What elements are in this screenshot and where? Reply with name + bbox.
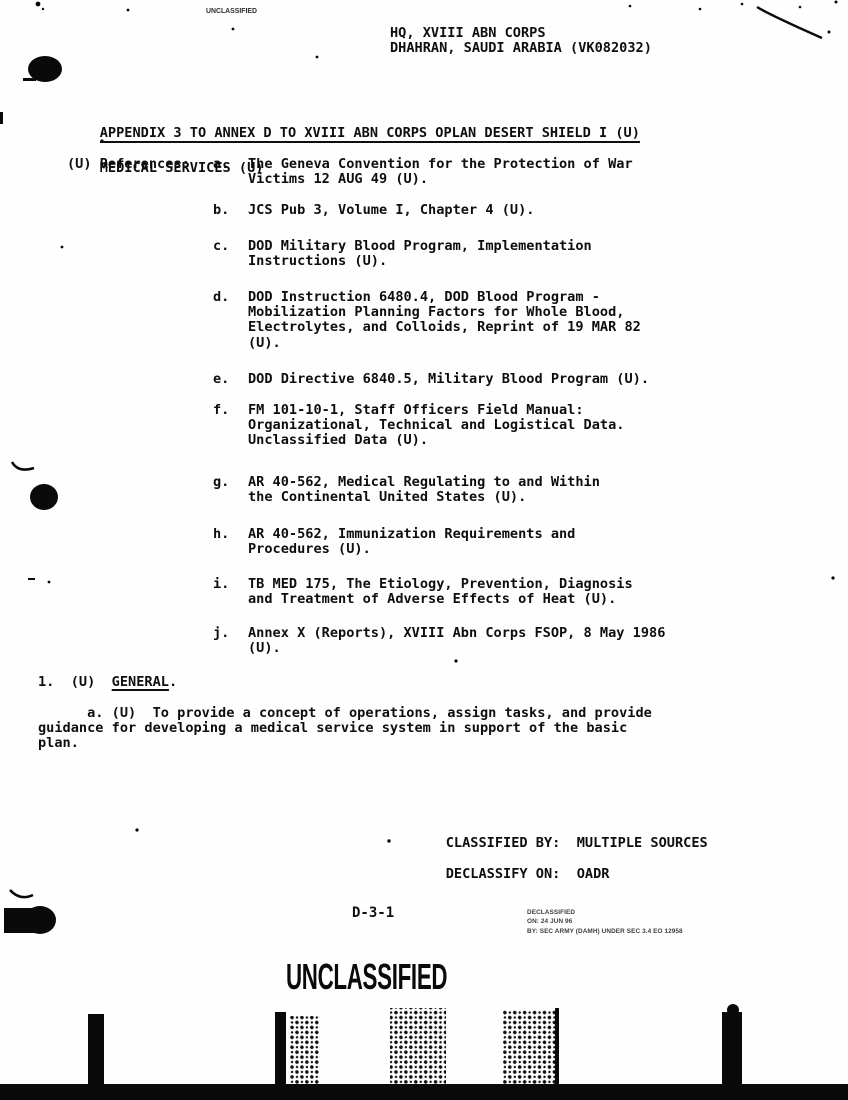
halftone-block-1	[289, 1016, 320, 1086]
pen-hook-mark	[12, 462, 34, 470]
reference-letter: i.	[213, 577, 248, 607]
reference-text: AR 40-562, Immunization Requirements and…	[248, 527, 575, 557]
reference-text: DOD Directive 6840.5, Military Blood Pro…	[248, 372, 649, 387]
section-1-period: .	[169, 674, 177, 690]
bottom-scan-bar	[0, 1084, 848, 1100]
reference-item-c: c. DOD Military Blood Program, Implement…	[213, 239, 592, 269]
speck	[48, 581, 51, 584]
speck	[741, 3, 744, 6]
margin-tick	[0, 112, 3, 124]
speck	[828, 31, 831, 34]
section-1-number: 1. (U)	[38, 674, 112, 690]
reference-item-i: i. TB MED 175, The Etiology, Prevention,…	[213, 577, 633, 607]
binder-bar-4	[722, 1012, 742, 1086]
speck	[835, 1, 838, 4]
binder-bar-4-top	[727, 1004, 739, 1016]
title-line-1: APPENDIX 3 TO ANNEX D TO XVIII ABN CORPS…	[100, 125, 640, 144]
document-page: UNCLASSIFIED HQ, XVIII ABN CORPS DHAHRAN…	[0, 0, 848, 1100]
reference-item-h: h. AR 40-562, Immunization Requirements …	[213, 527, 575, 557]
reference-text: TB MED 175, The Etiology, Prevention, Di…	[248, 577, 633, 607]
reference-letter: f.	[213, 403, 248, 449]
reference-letter: h.	[213, 527, 248, 557]
speck	[316, 56, 319, 59]
speck	[232, 28, 235, 31]
reference-item-g: g. AR 40-562, Medical Regulating to and …	[213, 475, 600, 505]
speck	[454, 659, 457, 662]
header-classification-marking: UNCLASSIFIED	[206, 6, 257, 15]
reference-letter: b.	[213, 203, 248, 218]
reference-letter: c.	[213, 239, 248, 269]
speck	[387, 839, 390, 842]
classification-block: CLASSIFIED BY:MULTIPLE SOURCES DECLASSIF…	[413, 821, 708, 897]
declassify-on-value: OADR	[577, 866, 610, 882]
speck	[61, 246, 64, 249]
references-label: (U) References:	[67, 157, 190, 172]
halftone-block-2	[390, 1008, 446, 1086]
page-number: D-3-1	[352, 906, 394, 921]
binder-bar-2	[275, 1012, 286, 1086]
reference-text: The Geneva Convention for the Protection…	[248, 157, 633, 187]
classified-by-label: CLASSIFIED BY:	[446, 836, 577, 851]
reference-item-b: b. JCS Pub 3, Volume I, Chapter 4 (U).	[213, 203, 534, 218]
reference-text: FM 101-10-1, Staff Officers Field Manual…	[248, 403, 624, 449]
speck	[36, 2, 41, 7]
declassified-stamp: DECLASSIFIED ON: 24 JUN 96 BY: SEC ARMY …	[527, 908, 683, 936]
ink-blob-bottom-left	[4, 908, 36, 933]
reference-text: AR 40-562, Medical Regulating to and Wit…	[248, 475, 600, 505]
reference-item-j: j. Annex X (Reports), XVIII Abn Corps FS…	[213, 626, 665, 656]
ink-blob-bottom-left-bulge	[24, 906, 56, 934]
paragraph-1a: a. (U) To provide a concept of operation…	[38, 706, 652, 752]
reference-letter: g.	[213, 475, 248, 505]
halftone-block-3	[503, 1010, 555, 1086]
reference-item-f: f. FM 101-10-1, Staff Officers Field Man…	[213, 403, 624, 449]
speck	[799, 6, 802, 9]
binder-bar-3	[555, 1008, 559, 1086]
speck	[42, 8, 44, 10]
reference-item-e: e. DOD Directive 6840.5, Military Blood …	[213, 372, 649, 387]
reference-text: JCS Pub 3, Volume I, Chapter 4 (U).	[248, 203, 534, 218]
reference-text: DOD Military Blood Program, Implementati…	[248, 239, 592, 269]
reference-text: DOD Instruction 6480.4, DOD Blood Progra…	[248, 290, 641, 351]
reference-letter: j.	[213, 626, 248, 656]
pen-curve-mark	[10, 890, 33, 897]
binder-bar-1	[88, 1014, 104, 1086]
reference-letter: d.	[213, 290, 248, 351]
pen-diagonal-mark	[757, 7, 822, 38]
unclassified-stamp: UNCLASSIFIED	[286, 956, 447, 998]
speck	[629, 5, 632, 8]
reference-text: Annex X (Reports), XVIII Abn Corps FSOP,…	[248, 626, 665, 656]
ink-blob-top-left	[28, 56, 62, 82]
ink-tail	[23, 78, 36, 81]
section-1-title: GENERAL	[112, 674, 169, 690]
speck	[831, 576, 834, 579]
speck	[127, 9, 130, 12]
classified-by-value: MULTIPLE SOURCES	[577, 835, 708, 851]
section-1-heading: 1. (U) GENERAL.	[38, 675, 177, 690]
speck	[699, 8, 702, 11]
reference-item-a: a. The Geneva Convention for the Protect…	[213, 157, 633, 187]
reference-item-d: d. DOD Instruction 6480.4, DOD Blood Pro…	[213, 290, 641, 351]
reference-letter: e.	[213, 372, 248, 387]
declassify-on-label: DECLASSIFY ON:	[446, 867, 577, 882]
reference-letter: a.	[213, 157, 248, 187]
ink-blob-middle-left	[30, 484, 58, 510]
speck	[28, 578, 35, 580]
letterhead: HQ, XVIII ABN CORPS DHAHRAN, SAUDI ARABI…	[390, 26, 652, 56]
speck	[135, 828, 138, 831]
